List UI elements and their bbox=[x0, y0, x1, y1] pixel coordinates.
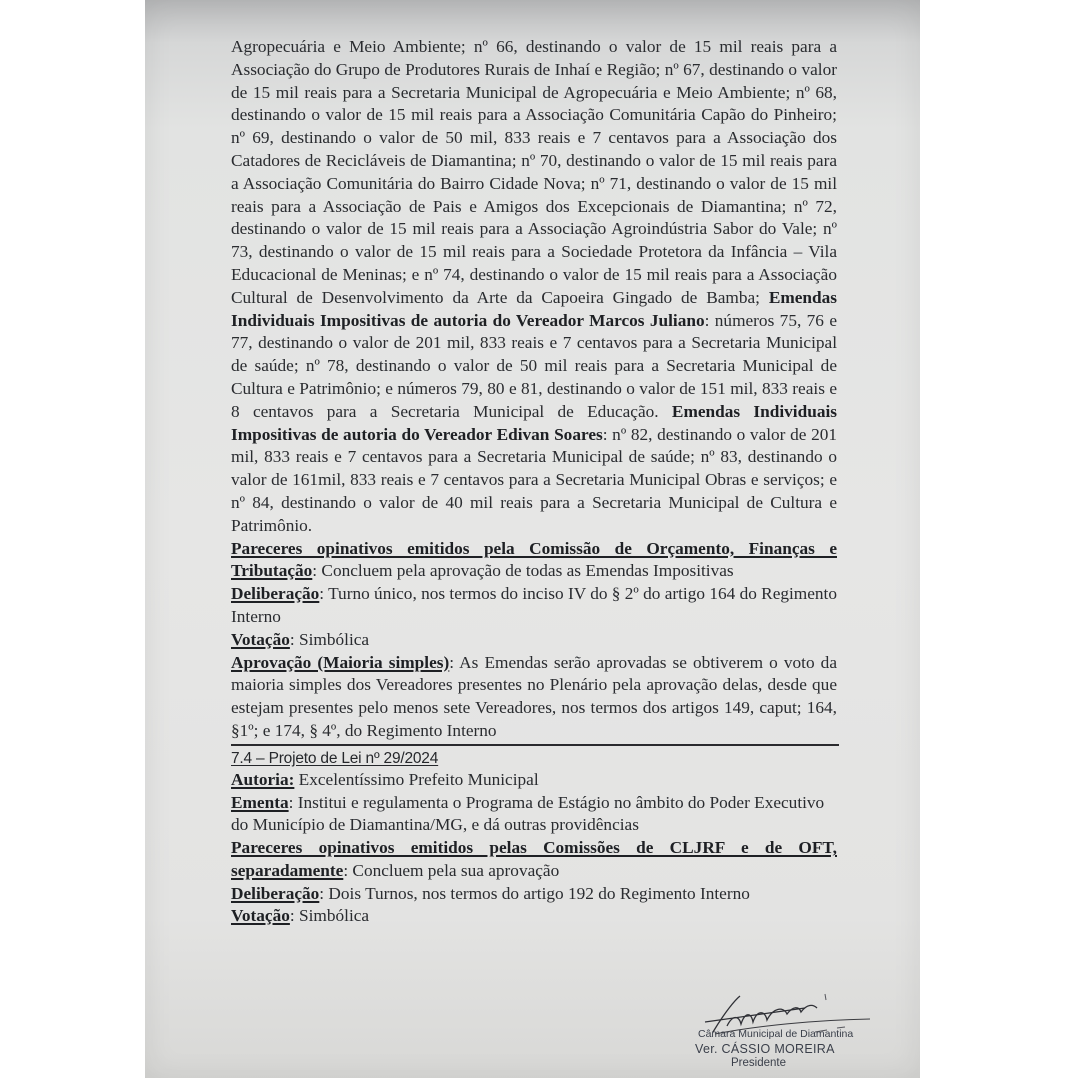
field-value: : Dois Turnos, nos termos do artigo 192 … bbox=[319, 884, 750, 903]
amendments-text-1: Agropecuária e Meio Ambiente; nº 66, des… bbox=[231, 37, 837, 307]
field-value: : Institui e regulamenta o Programa de E… bbox=[231, 793, 824, 835]
field-deliberacao-7-3: Deliberação: Turno único, nos termos do … bbox=[231, 583, 837, 629]
signature-stamp: Câmara Municipal de Diamantina Ver. CÁSS… bbox=[695, 992, 895, 1078]
field-value: : Concluem pela aprovação de todas as Em… bbox=[312, 561, 733, 580]
field-value: Excelentíssimo Prefeito Municipal bbox=[294, 770, 538, 789]
scanned-document-page: Agropecuária e Meio Ambiente; nº 66, des… bbox=[145, 0, 920, 1078]
field-value: : Simbólica bbox=[290, 906, 369, 925]
field-pareceres-7-4: Pareceres opinativos emitidos pelas Comi… bbox=[231, 837, 837, 883]
field-label: Ementa bbox=[231, 793, 289, 812]
field-pareceres-7-3: Pareceres opinativos emitidos pela Comis… bbox=[231, 538, 837, 584]
field-label: Deliberação bbox=[231, 884, 319, 903]
field-label: Aprovação (Maioria simples) bbox=[231, 653, 449, 672]
field-label: Votação bbox=[231, 906, 290, 925]
stamp-role: Presidente bbox=[731, 1057, 786, 1069]
field-value: : Simbólica bbox=[290, 630, 369, 649]
field-label: Autoria: bbox=[231, 770, 294, 789]
section-title-7-4: 7.4 – Projeto de Lei nº 29/2024 bbox=[231, 748, 837, 769]
field-value: : Turno único, nos termos do inciso IV d… bbox=[231, 584, 837, 626]
field-value: : Concluem pela sua aprovação bbox=[343, 861, 559, 880]
field-label: Votação bbox=[231, 630, 290, 649]
amendments-paragraph: Agropecuária e Meio Ambiente; nº 66, des… bbox=[231, 36, 837, 538]
field-autoria-7-4: Autoria: Excelentíssimo Prefeito Municip… bbox=[231, 769, 837, 792]
document-body: Agropecuária e Meio Ambiente; nº 66, des… bbox=[231, 36, 837, 928]
field-ementa-7-4: Ementa: Institui e regulamenta o Program… bbox=[231, 792, 837, 838]
field-label: Deliberação bbox=[231, 584, 319, 603]
field-votacao-7-4: Votação: Simbólica bbox=[231, 905, 837, 928]
stamp-name: Ver. CÁSSIO MOREIRA bbox=[695, 1042, 835, 1056]
field-deliberacao-7-4: Deliberação: Dois Turnos, nos termos do … bbox=[231, 883, 837, 906]
section-divider bbox=[231, 744, 839, 746]
field-aprovacao-7-3: Aprovação (Maioria simples): As Emendas … bbox=[231, 652, 837, 743]
field-votacao-7-3: Votação: Simbólica bbox=[231, 629, 837, 652]
stamp-institution: Câmara Municipal de Diamantina bbox=[698, 1028, 853, 1040]
